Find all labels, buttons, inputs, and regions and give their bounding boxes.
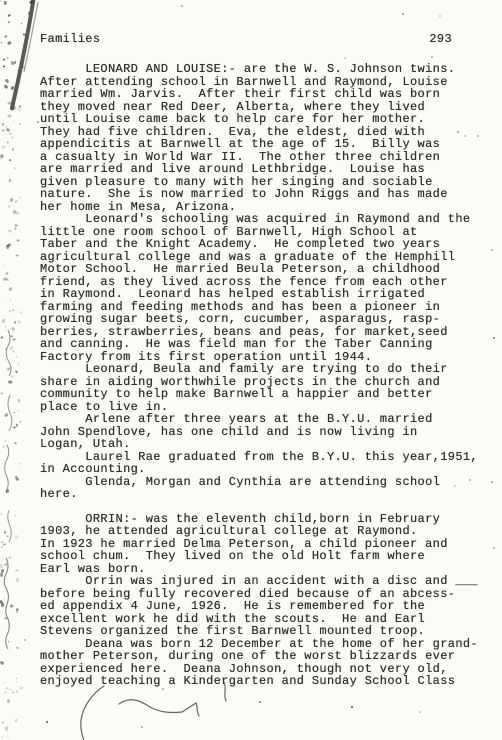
speck [12,338,16,341]
speck [9,310,11,312]
text-line: here. [40,488,478,501]
speck [14,534,19,539]
speck [15,254,19,257]
speck [10,198,13,202]
speck [12,209,16,214]
speck [7,57,9,59]
speck [17,320,21,324]
speck [19,311,22,314]
paragraph: Laurel Rae graduated from the B.Y.U. thi… [40,451,478,476]
text-line: Glenda, Morgan and Cynthia are attending… [40,476,478,489]
speck [10,108,13,112]
speck [3,598,5,600]
speck [13,514,17,518]
speck [20,687,22,689]
text-line: Leonard's schooling was acquired in Raym… [40,213,478,226]
speck [7,641,9,643]
speck [16,678,17,680]
speck [0,42,2,44]
speck [16,569,19,572]
text-line: ed appendix 4 June, 1926. He is remember… [40,600,478,613]
speck [0,392,3,395]
speck [1,145,6,150]
speck [8,368,10,369]
speck [14,226,17,230]
speck [3,277,7,281]
speck [14,211,19,216]
speck [12,148,15,152]
speck [5,244,9,249]
speck [3,682,5,684]
speck [15,646,19,650]
speck [6,729,8,732]
speck [0,154,4,158]
text-line: are married and live around Lethbridge. … [40,163,478,176]
speck [13,321,16,325]
text-line: LEONARD AND LOUISE:- are the W. S. Johns… [40,63,478,76]
speck [0,0,1,1]
scanned-page: Families 293 LEONARD AND LOUISE:- are th… [0,0,502,740]
speck [15,442,18,444]
speck [8,556,11,559]
speck [12,441,13,442]
speck [10,604,15,608]
speck [11,309,14,312]
speck [8,159,11,162]
speck [12,427,15,430]
speck [4,440,6,442]
speck [14,719,17,723]
speck [16,70,17,71]
text-line: married Wm. Jarvis. After their first ch… [40,88,478,101]
speck [6,589,7,590]
speck [2,721,4,724]
speck [14,412,16,413]
speck [0,512,2,514]
speck [11,137,15,140]
speck [14,166,17,169]
speck [7,699,10,703]
speck [5,359,7,361]
speck [19,420,20,422]
speck [6,243,10,246]
text-line: 1903, he attended agricultural college a… [40,525,478,538]
text-line: nature. She is now married to John Riggs… [40,188,478,201]
speck [15,608,19,612]
speck [6,366,11,370]
speck [2,65,5,67]
speck [9,604,13,607]
speck [2,445,5,449]
speck [11,691,15,695]
speck [5,736,9,739]
speck [6,686,9,688]
speck [14,474,18,477]
speck [3,530,5,533]
speck [1,569,4,573]
speck [16,424,18,427]
speck [3,544,6,546]
text-line: in Raymond. Leonard has helped establish… [40,288,478,301]
page-body: LEONARD AND LOUISE:- are the W. S. Johns… [40,63,478,688]
speck [9,178,12,181]
speck [19,463,21,465]
speck [4,726,8,731]
speck [2,602,4,605]
speck [16,578,20,583]
text-line: appendicitis at Barnwell at the age of 1… [40,138,478,151]
speck [7,278,9,280]
text-line: community to help make Barnwell a happie… [40,388,478,401]
paragraph: ORRIN:- was the eleventh child,born in F… [40,513,478,576]
speck [5,326,7,328]
speck [15,690,18,694]
speck [15,476,19,481]
speck [2,265,4,267]
speck [18,362,19,363]
speck [15,369,19,373]
paragraph: LEONARD AND LOUISE:- are the W. S. Johns… [40,63,478,213]
speck [1,736,3,739]
text-line: in Accounting. [40,463,478,476]
speck [5,34,8,37]
speck [4,413,9,417]
paragraph: Orrin was injured in an accident with a … [40,575,478,638]
speck [7,205,11,209]
speck [10,60,14,65]
text-line: Logan, Utah. [40,438,478,451]
speck [18,399,22,403]
speck [6,329,8,331]
speck [4,297,5,299]
speck [17,239,20,242]
speck [8,287,12,292]
speck [13,105,17,110]
speck [1,129,5,133]
speck [10,335,13,337]
speck [0,573,3,576]
speck [9,229,13,232]
speck [0,154,4,158]
speck [3,692,7,695]
page-number: 293 [429,32,452,46]
speck [11,85,15,89]
speck [29,0,33,4]
speck [7,243,11,247]
speck [22,66,25,68]
speck [0,600,4,605]
speck [9,133,11,135]
speck [17,106,21,110]
speck [2,319,5,323]
running-header: Families 293 [40,32,452,46]
speck [5,78,9,83]
speck [14,199,18,203]
speck [9,381,13,384]
speck [7,13,11,17]
speck [18,195,21,198]
speck [8,21,10,23]
paragraph: Leonard, Beula and family are trying to … [40,363,478,413]
speck [21,23,23,25]
text-line: enjoyed teaching a Kindergarten and Sund… [40,675,478,688]
speck [0,661,4,665]
speck [4,1,7,5]
speck [5,126,6,127]
text-line: Orrin was injured in an accident with a … [40,575,478,588]
speck [6,273,9,275]
speck [0,601,3,603]
text-line: Arlene after three years at the B.Y.U. m… [40,413,478,426]
speck [8,101,12,104]
speck [22,33,26,36]
speck [4,562,7,565]
speck [0,564,3,568]
text-line: Stevens organized the first Barnwell mou… [40,625,478,638]
speck [4,348,6,350]
speck [15,610,18,614]
speck [0,335,3,338]
speck [16,681,18,683]
speck [6,489,10,493]
speck [15,356,17,358]
paragraph: Deana was born 12 December at the home o… [40,638,478,688]
paragraph: Arlene after three years at the B.Y.U. m… [40,413,478,451]
speck [1,546,3,548]
speck [0,573,3,577]
speck [28,12,30,15]
speck [4,84,8,88]
speck [13,351,15,353]
text-line: growing sugar beets, corn, cucumber, asp… [40,313,478,326]
speck [18,105,21,108]
speck [10,299,11,301]
speck [8,114,12,117]
running-header-title: Families [40,32,100,46]
text-line: school chum. They lived on the old Holt … [40,550,478,563]
text-line: Motor School. He married Beula Peterson,… [40,263,478,276]
text-line: Taber and the Knight Academy. He complet… [40,238,478,251]
speck [13,120,15,122]
speck [14,224,18,227]
speck [0,603,5,608]
speck [2,122,5,126]
speck [7,41,12,45]
speck [9,346,14,351]
speck [19,686,24,690]
speck [11,326,16,331]
speck [7,535,10,537]
paragraph: Glenda, Morgan and Cynthia are attending… [40,476,478,501]
speck [14,61,17,64]
speck [17,410,19,412]
speck [1,541,4,544]
speck [6,141,9,144]
speck [19,122,22,125]
text-line: and canning. He was field man for the Ta… [40,338,478,351]
speck [3,58,6,62]
speck [10,375,14,379]
text-line: Leonard, Beula and family are trying to … [40,363,478,376]
speck [4,617,7,620]
text-line: mother Peterson, during one of the worst… [40,650,478,663]
speck [6,128,10,132]
text-line: until Louise came back to help care for … [40,113,478,126]
speck [8,688,11,691]
paragraph: Leonard's schooling was acquired in Raym… [40,213,478,363]
